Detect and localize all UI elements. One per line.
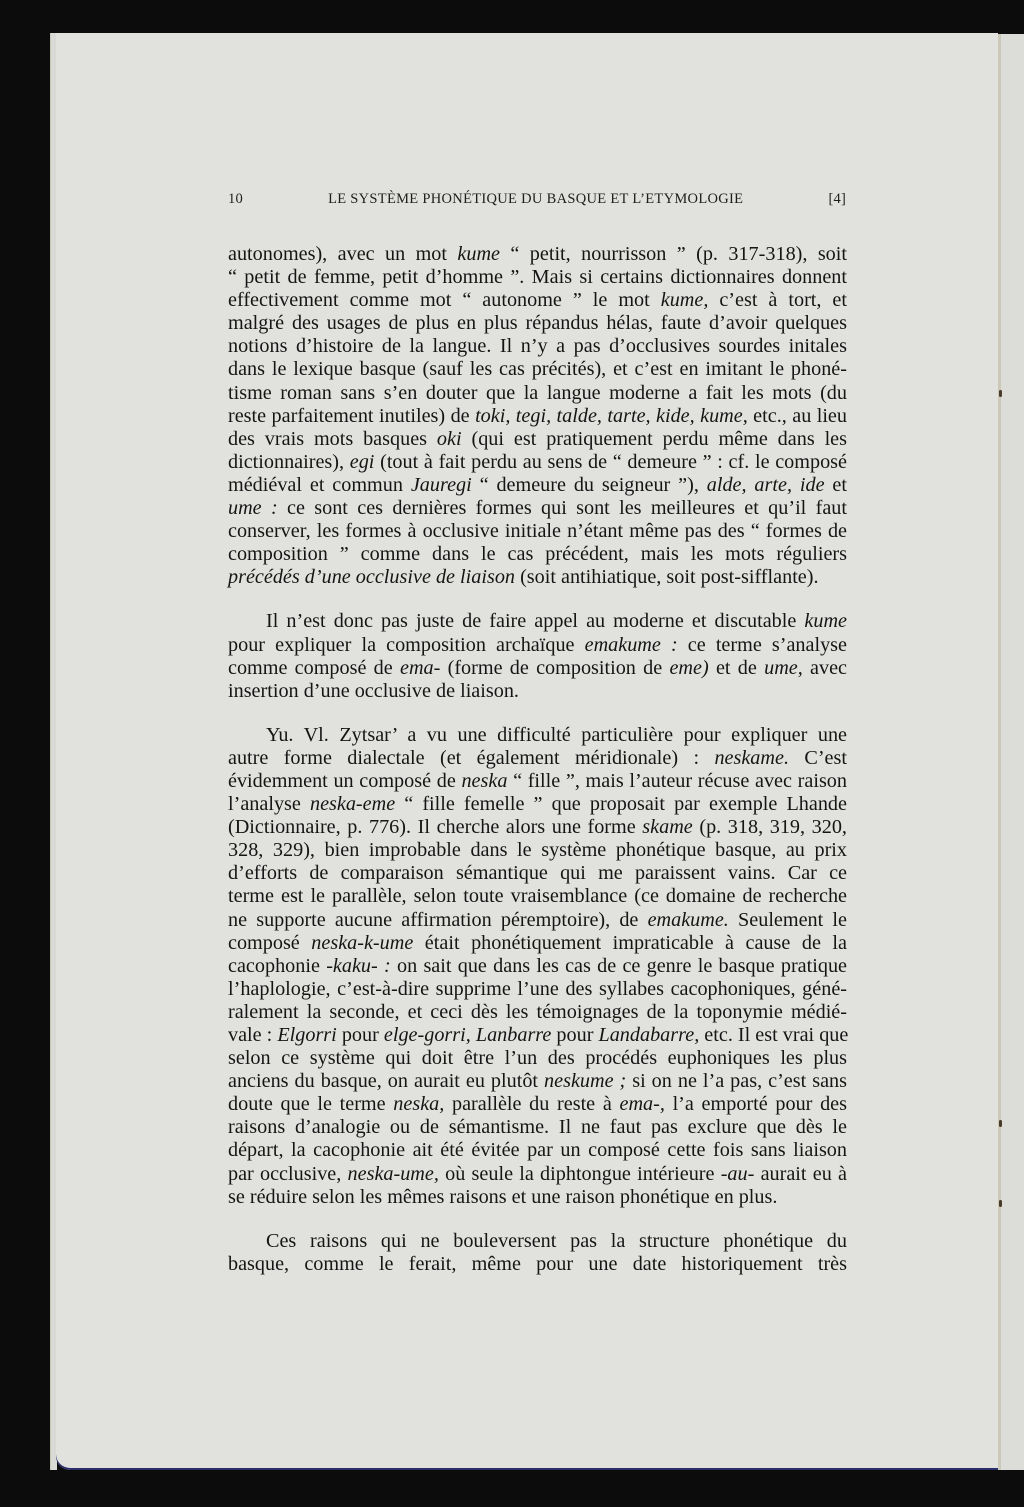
text-run: insertion d’une occlusive de liaison. (228, 680, 519, 702)
italic-term: toki, tegi, talde, tarte, kide, kume, (475, 405, 748, 427)
italic-term: neskame. (714, 747, 789, 769)
text-line: médiéval et commun Jauregi “ demeure du … (228, 474, 847, 497)
italic-term: ume : (228, 497, 278, 519)
text-run: pour (337, 1024, 384, 1046)
italic-term: egi (350, 451, 375, 473)
text-line: ralement la seconde, et ceci dès les tém… (228, 1001, 847, 1024)
section-number: [4] (828, 191, 846, 208)
text-run: et de (709, 657, 764, 679)
running-title: LE SYSTÈME PHONÉTIQUE DU BASQUE ET L’ETY… (328, 191, 743, 208)
text-run: “ petit, nourrisson ” (p. 317-318), soit (500, 243, 847, 265)
text-run: pour expliquer la composition archaïque (228, 634, 585, 656)
text-run: “ fille femelle ” que proposait par exem… (395, 793, 847, 815)
text-line: tisme roman sans s’en douter que la lang… (228, 382, 847, 405)
text-run: conserver, les formes à occlusive initia… (228, 520, 847, 542)
text-run: pour (551, 1024, 598, 1046)
text-line: d’efforts de comparaison sémantique qui … (228, 862, 847, 885)
italic-term: kume (457, 243, 500, 265)
text-run: parallèle du reste à (444, 1093, 619, 1115)
text-run: composé (228, 932, 311, 954)
italic-term: neska, (393, 1093, 444, 1115)
text-line: ume : ce sont ces dernières formes qui s… (228, 497, 847, 520)
text-run: évidemment un composé de (228, 770, 461, 792)
text-run: l’analyse (228, 793, 310, 815)
binding-mark (999, 1120, 1002, 1127)
body-text: autonomes), avec un mot kume “ petit, no… (228, 243, 847, 1276)
text-line: Ces raisons qui ne bouleversent pas la s… (228, 1230, 847, 1253)
running-head: 10 LE SYSTÈME PHONÉTIQUE DU BASQUE ET L’… (228, 191, 846, 208)
text-run: comme composé de (228, 657, 400, 679)
text-run: vale : (228, 1024, 277, 1046)
text-line: composition ” comme dans le cas précéden… (228, 543, 847, 566)
italic-term: emakume. (648, 909, 729, 931)
paragraph: Il n’est donc pas juste de faire appel a… (228, 610, 847, 702)
text-run: autonomes), avec un mot (228, 243, 457, 265)
text-run: etc. Il est vrai que (699, 1024, 848, 1046)
italic-term: neska-ume, (348, 1163, 439, 1185)
italic-term: neskume ; (544, 1070, 626, 1092)
text-run: notions d’histoire de la langue. Il n’y … (228, 335, 847, 357)
text-line: comme composé de ema- (forme de composit… (228, 657, 847, 680)
text-run: (Dictionnaire, p. 776). Il cherche alors… (228, 816, 642, 838)
text-run: etc., au lieu (748, 405, 847, 427)
text-line: 328, 329), bien improbable dans le systè… (228, 839, 847, 862)
paragraph-gap (228, 1209, 847, 1230)
italic-term: -au- (721, 1163, 755, 1185)
text-run: si on ne l’a pas, c’est sans (626, 1070, 847, 1092)
facing-page-edge (1001, 34, 1024, 1470)
text-run: anciens du basque, on aurait eu plutôt (228, 1070, 544, 1092)
text-run: Yu. Vl. Zytsar’ a vu une difficulté part… (266, 724, 847, 746)
text-line: par occlusive, neska-ume, où seule la di… (228, 1163, 847, 1186)
italic-term: Jauregi (411, 474, 472, 496)
text-run: ralement la seconde, et ceci dès les tém… (228, 1001, 847, 1023)
text-line: reste parfaitement inutiles) de toki, te… (228, 405, 847, 428)
text-run: (tout à fait perdu au sens de “ demeure … (374, 451, 847, 473)
text-run: composition ” comme dans le cas précéden… (228, 543, 847, 565)
text-run: ne supporte aucune affirmation péremptoi… (228, 909, 648, 931)
text-run: cacophonie (228, 955, 326, 977)
text-line: composé neska-k-ume était phonétiquement… (228, 932, 847, 955)
text-run: c’est à tort, et (708, 289, 847, 311)
text-line: autre forme dialectale (et également mér… (228, 747, 847, 770)
text-run: Ces raisons qui ne bouleversent pas la s… (266, 1230, 847, 1252)
text-run: des vrais mots basques (228, 428, 437, 450)
text-line: basque, comme le ferait, même pour une d… (228, 1253, 847, 1276)
italic-term: précédés d’une occlusive de liaison (228, 566, 515, 588)
text-line: des vrais mots basques oki (qui est prat… (228, 428, 847, 451)
text-run: départ, la cacophonie ait été évitée par… (228, 1139, 847, 1161)
binding-mark (999, 1200, 1002, 1207)
text-run: Il n’est donc pas juste de faire appel a… (266, 610, 804, 632)
paragraph-gap (228, 589, 847, 610)
italic-term: eme) (669, 657, 708, 679)
text-run: basque, comme le ferait, même pour une d… (228, 1253, 847, 1275)
italic-term: neska-k-ume (311, 932, 413, 954)
italic-term: emakume : (585, 634, 678, 656)
text-line: pour expliquer la composition archaïque … (228, 634, 847, 657)
paragraph: Yu. Vl. Zytsar’ a vu une difficulté part… (228, 724, 847, 1209)
text-run: se réduire selon les mêmes raisons et un… (228, 1186, 777, 1208)
text-run: et (825, 474, 847, 496)
text-run: avec (803, 657, 847, 679)
text-line: l’analyse neska-eme “ fille femelle ” qu… (228, 793, 847, 816)
italic-term: ume, (764, 657, 803, 679)
text-run: (soit antihiatique, soit post-sifflante)… (515, 566, 819, 588)
text-run: dictionnaires), (228, 451, 350, 473)
text-line: ne supporte aucune affirmation péremptoi… (228, 909, 847, 932)
text-run: malgré des usages de plus en plus répand… (228, 312, 847, 334)
text-run: terme est le parallèle, selon toute vrai… (228, 885, 847, 907)
text-run: on sait que dans les cas de ce genre le … (391, 955, 847, 977)
text-run: “ fille ”, mais l’auteur récuse avec rai… (507, 770, 847, 792)
text-line: “ petit de femme, petit d’homme ”. Mais … (228, 266, 847, 289)
text-run: effectivement comme mot “ autonome ” le … (228, 289, 661, 311)
text-line: dans le lexique basque (sauf les cas pré… (228, 358, 847, 381)
text-line: malgré des usages de plus en plus répand… (228, 312, 847, 335)
paragraph: Ces raisons qui ne bouleversent pas la s… (228, 1230, 847, 1276)
text-run: “ demeure du seigneur ”), (472, 474, 707, 496)
text-run: (p. 318, 319, 320, (693, 816, 847, 838)
text-run: l’haplologie, c’est-à-dire supprime l’un… (228, 978, 847, 1000)
text-line: vale : Elgorri pour elge-gorri, Lanbarre… (228, 1024, 847, 1047)
italic-term: elge-gorri, Lanbarre (384, 1024, 551, 1046)
italic-term: Landabarre, (598, 1024, 699, 1046)
text-run: dans le lexique basque (sauf les cas pré… (228, 358, 847, 380)
binding-mark (999, 390, 1002, 397)
text-line: raisons d’analogie ou de sémantisme. Il … (228, 1116, 847, 1139)
text-run: doute que le terme (228, 1093, 393, 1115)
text-run: selon ce système qui doit être l’un des … (228, 1047, 847, 1069)
text-line: cacophonie -kaku- : on sait que dans les… (228, 955, 847, 978)
text-line: précédés d’une occlusive de liaison (soi… (228, 566, 847, 589)
text-run: l’a emporté pour des (665, 1093, 847, 1115)
text-line: notions d’histoire de la langue. Il n’y … (228, 335, 847, 358)
italic-term: ema-, (619, 1093, 664, 1115)
text-run: autre forme dialectale (et également mér… (228, 747, 714, 769)
text-run: ce terme s’analyse (678, 634, 847, 656)
text-run: médiéval et commun (228, 474, 411, 496)
text-line: se réduire selon les mêmes raisons et un… (228, 1186, 847, 1209)
text-line: conserver, les formes à occlusive initia… (228, 520, 847, 543)
text-line: selon ce système qui doit être l’un des … (228, 1047, 847, 1070)
italic-term: alde, arte, ide (707, 474, 825, 496)
text-line: terme est le parallèle, selon toute vrai… (228, 885, 847, 908)
text-run: ce sont ces dernières formes qui sont le… (278, 497, 847, 519)
text-line: départ, la cacophonie ait été évitée par… (228, 1139, 847, 1162)
text-run: d’efforts de comparaison sémantique qui … (228, 862, 847, 884)
text-line: doute que le terme neska, parallèle du r… (228, 1093, 847, 1116)
text-run: 328, 329), bien improbable dans le systè… (228, 839, 847, 861)
italic-term: -kaku- : (326, 955, 391, 977)
italic-term: kume (804, 610, 847, 632)
paragraph: autonomes), avec un mot kume “ petit, no… (228, 243, 847, 589)
text-run: reste parfaitement inutiles) de (228, 405, 475, 427)
text-line: effectivement comme mot “ autonome ” le … (228, 289, 847, 312)
page-number: 10 (228, 191, 243, 208)
text-line: (Dictionnaire, p. 776). Il cherche alors… (228, 816, 847, 839)
text-line: dictionnaires), egi (tout à fait perdu a… (228, 451, 847, 474)
text-line: anciens du basque, on aurait eu plutôt n… (228, 1070, 847, 1093)
italic-term: oki (437, 428, 462, 450)
text-run: où seule la diphtongue intérieure (439, 1163, 721, 1185)
text-line: évidemment un composé de neska “ fille ”… (228, 770, 847, 793)
text-run: par occlusive, (228, 1163, 348, 1185)
text-run: était phonétiquement impraticable à caus… (413, 932, 847, 954)
text-run: (qui est pratiquement perdu même dans le… (462, 428, 847, 450)
italic-term: skame (642, 816, 692, 838)
text-run: “ petit de femme, petit d’homme ”. Mais … (228, 266, 847, 288)
italic-term: kume, (661, 289, 709, 311)
text-run: (forme de composition de (440, 657, 669, 679)
text-line: Yu. Vl. Zytsar’ a vu une difficulté part… (228, 724, 847, 747)
text-line: l’haplologie, c’est-à-dire supprime l’un… (228, 978, 847, 1001)
italic-term: ema- (400, 657, 440, 679)
text-line: insertion d’une occlusive de liaison. (228, 680, 847, 703)
paragraph-gap (228, 703, 847, 724)
text-run: tisme roman sans s’en douter que la lang… (228, 382, 847, 404)
text-run: aurait eu à (754, 1163, 847, 1185)
italic-term: neska-eme (310, 793, 395, 815)
text-line: autonomes), avec un mot kume “ petit, no… (228, 243, 847, 266)
italic-term: Elgorri (277, 1024, 336, 1046)
text-run: raisons d’analogie ou de sémantisme. Il … (228, 1116, 847, 1138)
text-run: C’est (789, 747, 847, 769)
text-line: Il n’est donc pas juste de faire appel a… (228, 610, 847, 633)
italic-term: neska (461, 770, 507, 792)
text-run: Seulement le (729, 909, 847, 931)
